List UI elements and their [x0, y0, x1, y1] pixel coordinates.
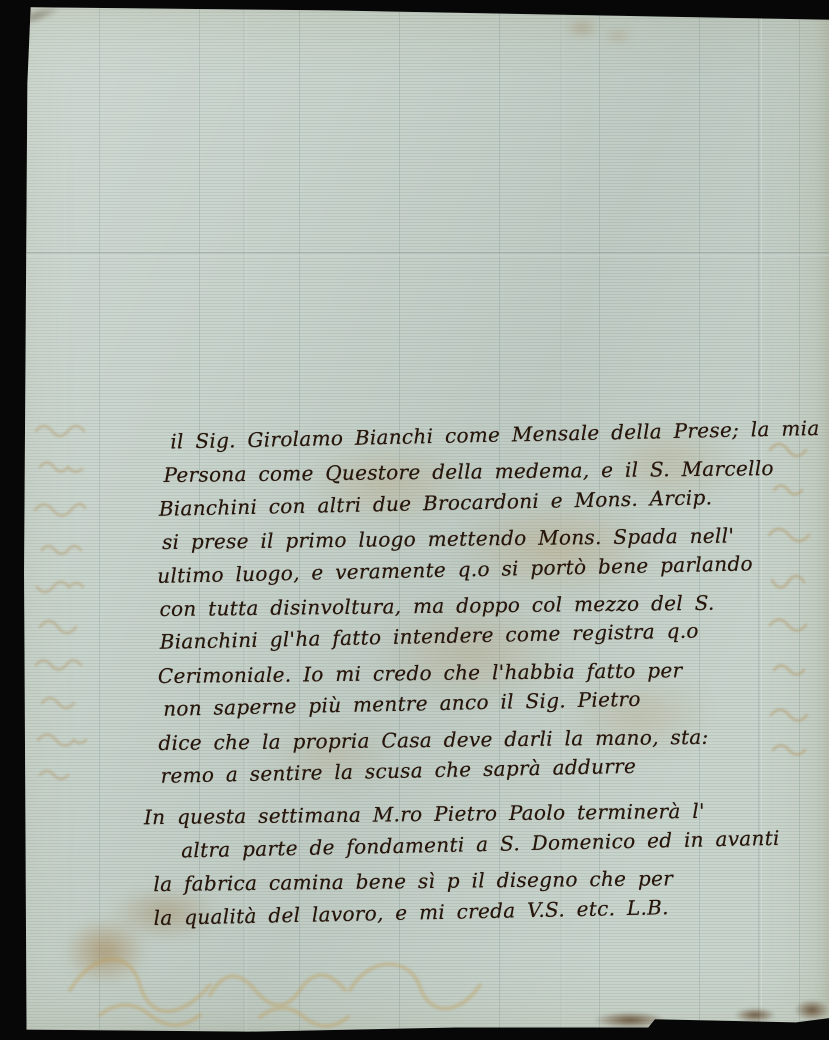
edge-burn-mark — [595, 1012, 665, 1028]
bleedthrough-ink-bottom — [60, 945, 490, 1030]
bleedthrough-ink-left-margin — [30, 415, 100, 795]
ink-smudge — [0, 0, 92, 39]
manuscript-page: il Sig. Girolamo Bianchi come Mensale de… — [0, 0, 829, 1040]
small-stain — [555, 12, 645, 52]
edge-burn-mark — [795, 1000, 829, 1020]
scanned-manuscript-view: { "letter": { "lines": [ "il Sig. Girola… — [0, 0, 829, 1040]
horizontal-fold-crease — [26, 252, 829, 256]
letter-body: il Sig. Girolamo Bianchi come Mensale de… — [136, 422, 788, 936]
edge-burn-mark — [735, 1008, 775, 1022]
